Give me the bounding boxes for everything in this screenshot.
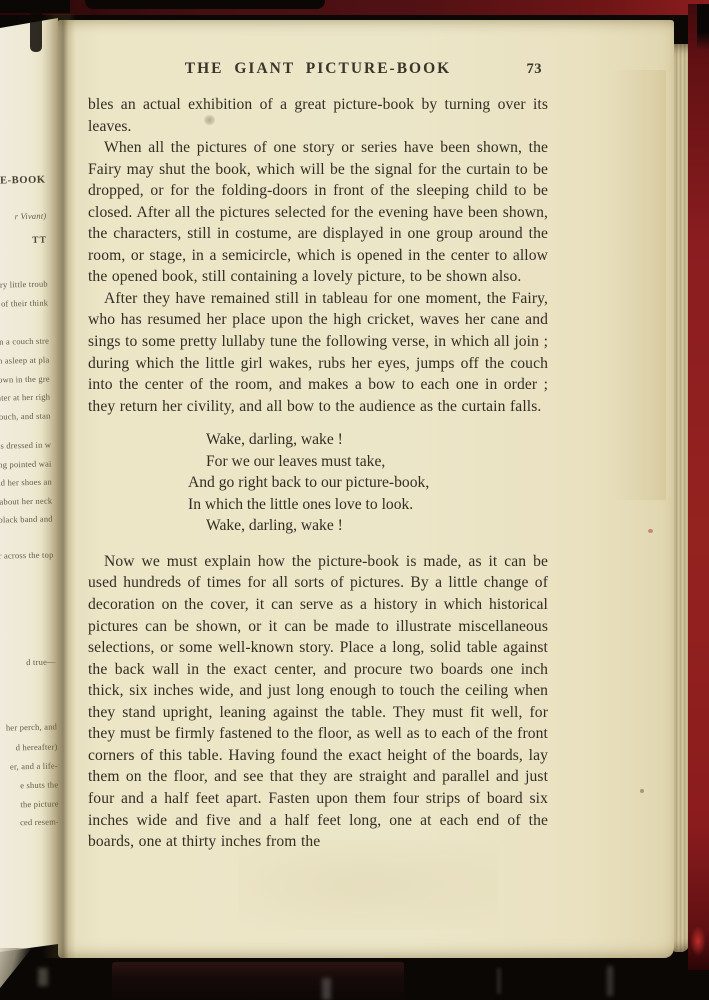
surface-reflection: [38, 968, 48, 986]
facing-page-text-fragment: long pointed wai: [0, 460, 52, 470]
facing-page-text-fragment: black band and: [0, 515, 53, 525]
verse-line: For we our leaves must take,: [206, 451, 548, 473]
running-header: THE GIANT PICTURE-BOOK 73: [88, 60, 548, 82]
paragraph: bles an actual exhibition of a great pic…: [88, 94, 548, 137]
facing-page-text-fragment: ar across the top: [0, 551, 54, 561]
facing-page-text-fragment: RE-BOOK: [0, 176, 46, 186]
facing-page-text-fragment: ement of their think: [0, 299, 48, 309]
page-content: THE GIANT PICTURE-BOOK 73 bles an actual…: [88, 60, 548, 853]
verse-line: Wake, darling, wake !: [206, 515, 548, 537]
facing-page-text-fragment: e shuts the: [20, 780, 58, 790]
surface-reflection: [322, 978, 331, 1000]
facing-page-text-fragment: fallen asleep at pla: [0, 356, 49, 366]
facing-page-text-fragment: d hereafter): [16, 742, 58, 752]
facing-page-text-fragment: TT: [32, 237, 47, 246]
paragraph: After they have remained still in tablea…: [88, 288, 548, 417]
verse-line: And go right back to our picture-book,: [188, 472, 548, 494]
facing-page-text-fragment: ff about her neck: [0, 497, 52, 507]
facing-page-text-fragment: with very little troub: [0, 280, 48, 291]
facing-page-text-fragment: the picture: [20, 799, 58, 809]
surface-reflection: [607, 966, 613, 996]
surface-reflection: [497, 968, 501, 994]
body-text-top: bles an actual exhibition of a great pic…: [88, 94, 548, 417]
book-cover-top-edge: [0, 0, 709, 15]
page-edges-stack: [674, 44, 689, 952]
facing-page-text-fragment: ced resem-: [20, 817, 58, 827]
facing-page-text-fragment: ed on a couch stre: [0, 337, 49, 347]
facing-page-text-fragment: her perch, and: [6, 722, 57, 732]
facing-page-text-fragment: and her shoes an: [0, 478, 52, 488]
verse-line: In which the little ones love to look.: [188, 494, 548, 516]
facing-page-text-fragment: She is dressed in w: [0, 441, 51, 451]
verse-line: Wake, darling, wake !: [206, 429, 548, 451]
facing-page-text-fragment: center at her righ: [0, 393, 50, 403]
facing-page-fragments: RE-BOOKr Vivant)TTwith very little troub…: [0, 18, 58, 952]
page-smudge: [204, 115, 215, 125]
paragraph: When all the pictures of one story or se…: [88, 137, 548, 288]
page-number: 73: [527, 61, 543, 78]
page-corner-bottom-left: [0, 948, 32, 988]
page-blemish: [640, 789, 644, 793]
facing-page-edge: RE-BOOKr Vivant)TTwith very little troub…: [0, 18, 58, 952]
book-photo: RE-BOOKr Vivant)TTwith very little troub…: [0, 0, 709, 1000]
page-blemish: [648, 529, 653, 533]
page-title: THE GIANT PICTURE-BOOK: [185, 60, 451, 77]
book-cover-right-edge: [688, 4, 709, 970]
facing-page-text-fragment: er, and a life-: [10, 761, 58, 771]
facing-page-text-fragment: d true—: [26, 657, 56, 667]
cover-board-bottom: [112, 962, 404, 1000]
gutter-top-shadow: [30, 10, 42, 52]
body-text-bottom: Now we must explain how the picture-book…: [88, 551, 548, 853]
facing-page-text-fragment: r Vivant): [15, 212, 47, 222]
book-page: THE GIANT PICTURE-BOOK 73 bles an actual…: [58, 20, 674, 958]
paragraph: Now we must explain how the picture-book…: [88, 551, 548, 853]
facing-page-text-fragment: he couch, and stan: [0, 412, 51, 422]
facing-page-text-fragment: e shown in the gre: [0, 375, 50, 385]
verse-block: Wake, darling, wake !For we our leaves m…: [88, 429, 548, 537]
